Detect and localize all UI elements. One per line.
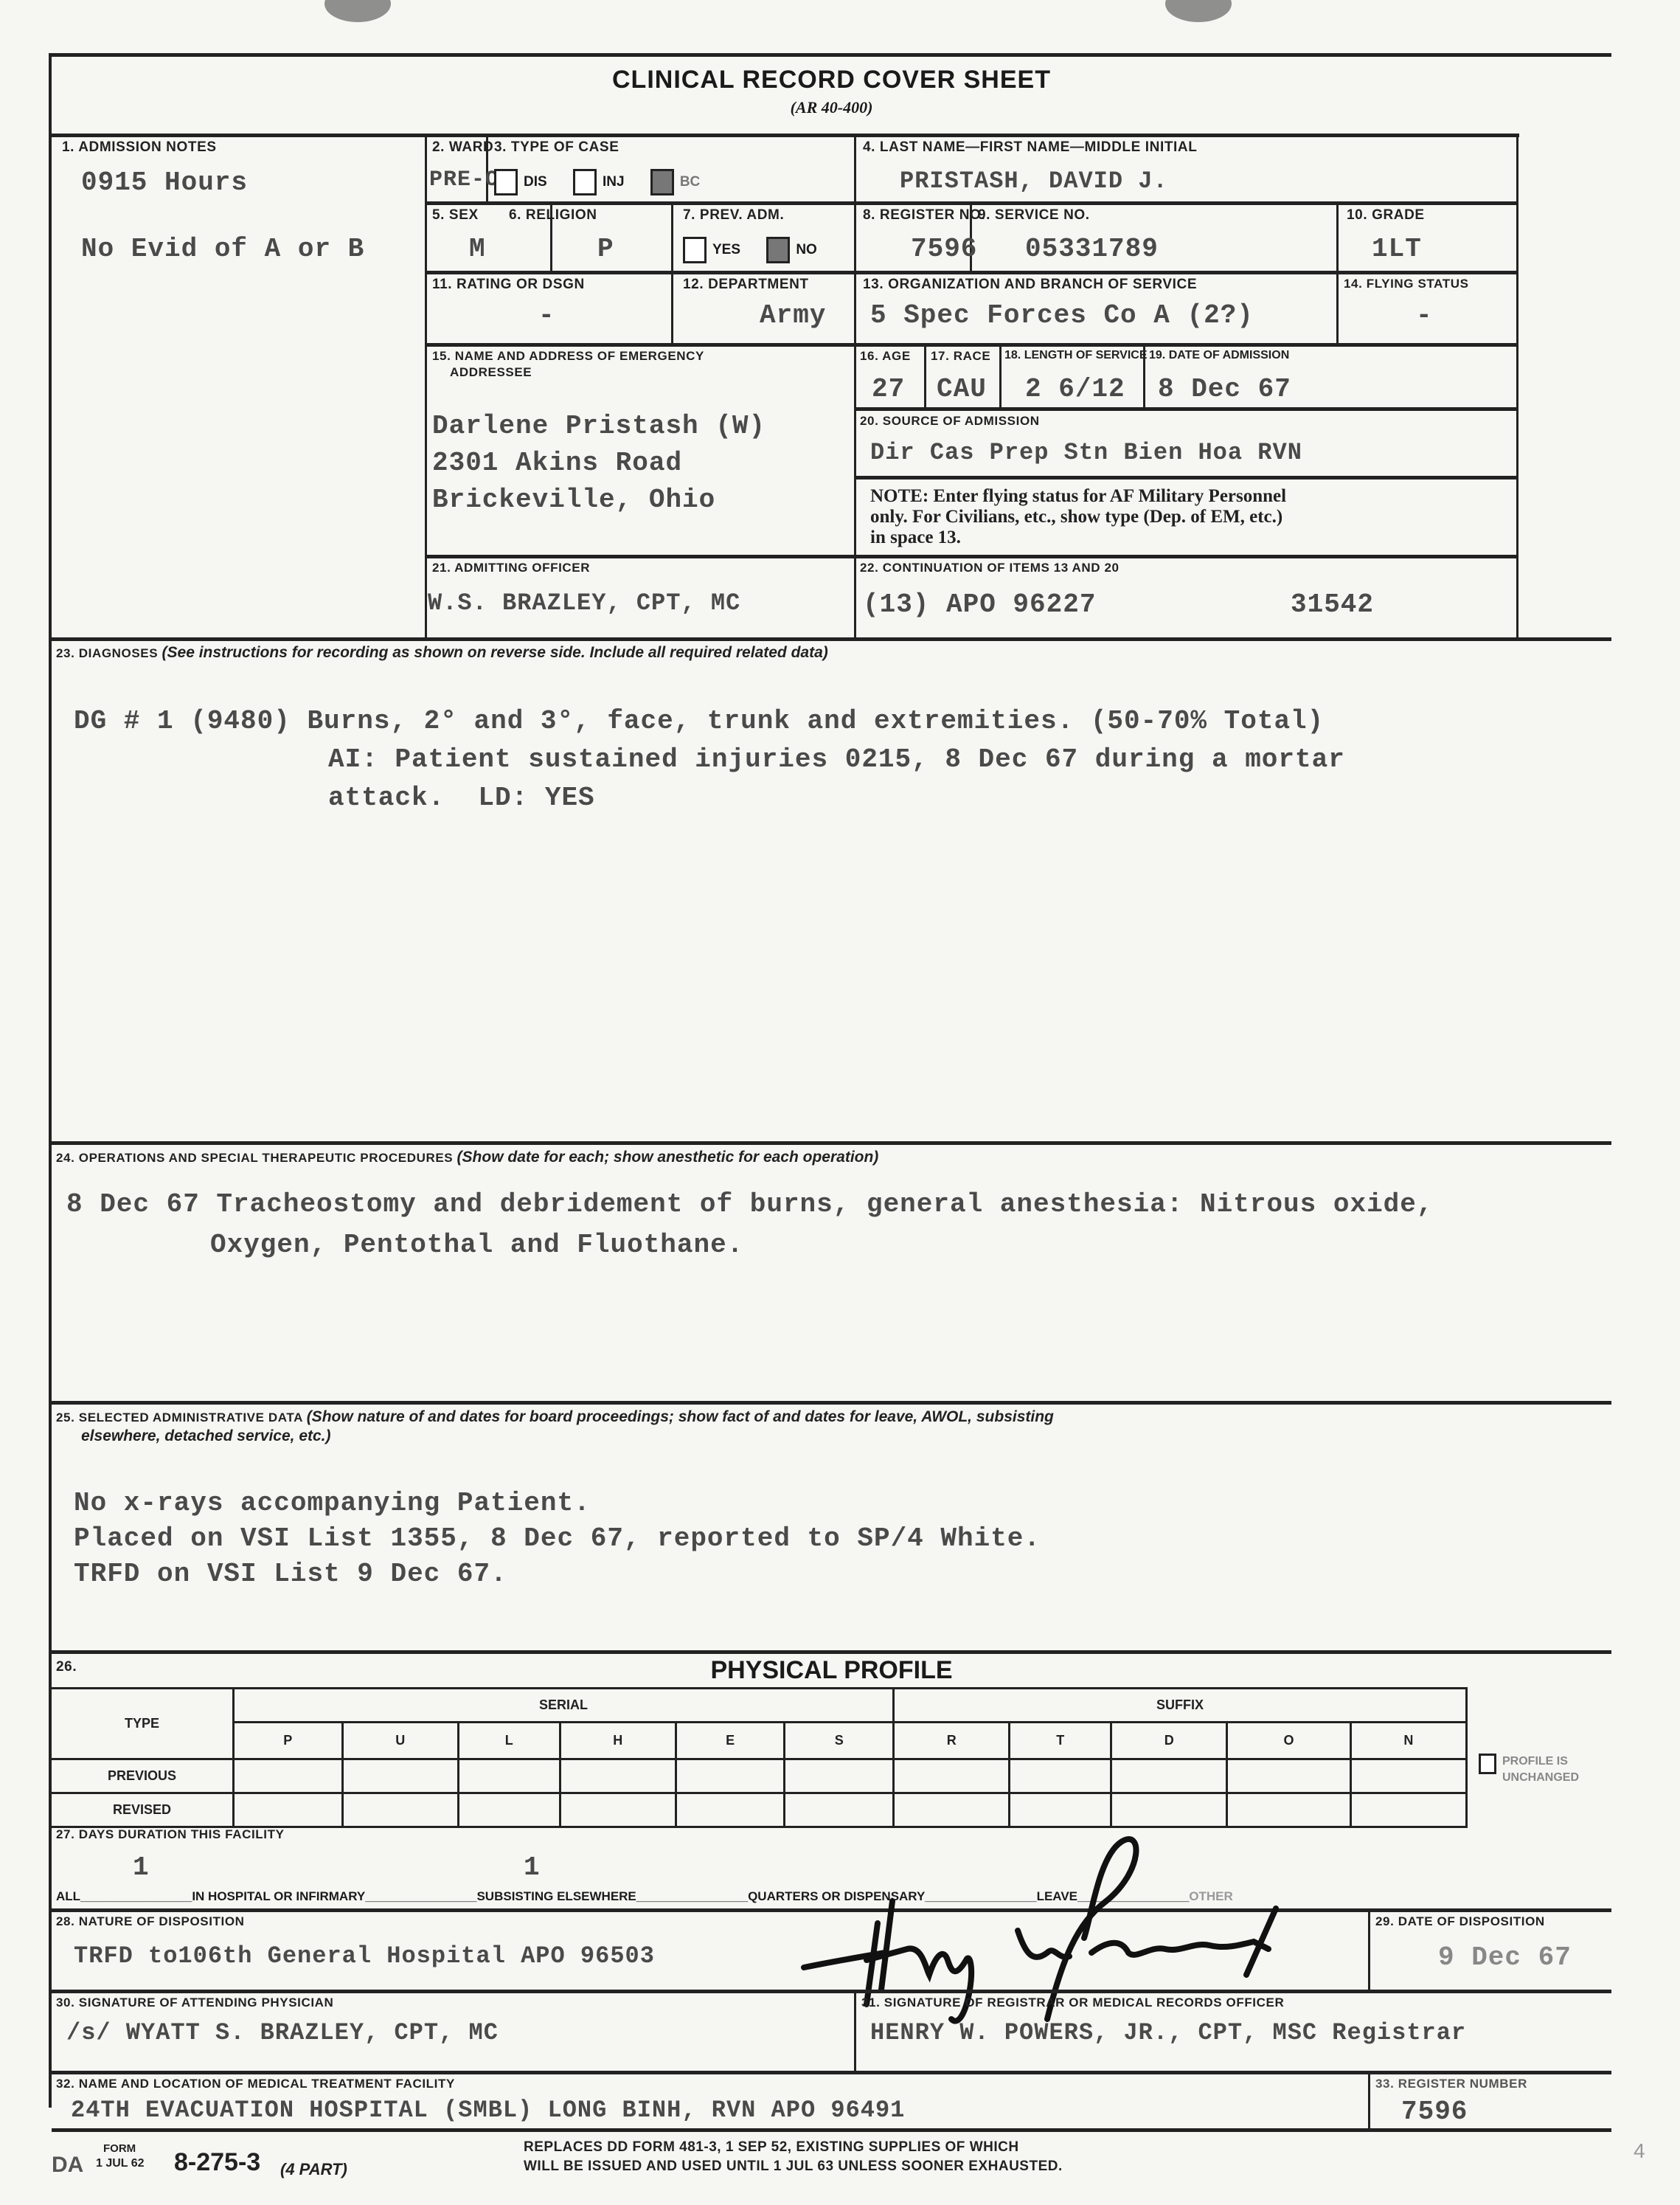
clinical-record-form: CLINICAL RECORD COVER SHEET (AR 40-400) … [49, 53, 1611, 2108]
disposition-value[interactable]: TRFD to106th General Hospital APO 96503 [74, 1942, 655, 1970]
admin-line1[interactable]: No x-rays accompanying Patient. [74, 1488, 591, 1518]
divider [425, 271, 1518, 274]
divider [1516, 134, 1518, 639]
no-checkbox-checked[interactable] [766, 237, 790, 263]
type-bc-option[interactable]: BC [650, 174, 700, 190]
document-page: CLINICAL RECORD COVER SHEET (AR 40-400) … [0, 0, 1680, 2205]
operations-label: 24. OPERATIONS AND SPECIAL THERAPEUTIC P… [56, 1149, 878, 1166]
divider [671, 201, 673, 343]
profile-cell[interactable] [1227, 1759, 1350, 1793]
flying-status-note: NOTE: Enter flying status for AF Militar… [870, 486, 1286, 548]
admission-notes-label: 1. ADMISSION NOTES [62, 139, 217, 156]
length-of-service-value[interactable]: 2 6/12 [1025, 374, 1125, 404]
column-e: E [676, 1723, 785, 1759]
registrar-value[interactable]: HENRY W. POWERS, JR., CPT, MSC Registrar [870, 2019, 1466, 2046]
prev-adm-no[interactable]: NO [766, 242, 817, 257]
divider [425, 555, 1518, 558]
profile-unchanged-option[interactable]: PROFILE IS UNCHANGED [1479, 1754, 1611, 1786]
profile-cell[interactable] [785, 1759, 894, 1793]
admin-data-label-2: elsewhere, detached service, etc.) [81, 1427, 331, 1445]
register-number-label: 33. REGISTER NUMBER [1375, 2077, 1527, 2091]
admitting-officer-value[interactable]: W.S. BRAZLEY, CPT, MC [428, 589, 740, 617]
physical-profile-title: PHYSICAL PROFILE [52, 1656, 1611, 1685]
column-n: N [1350, 1723, 1466, 1759]
footer-da: DA [52, 2153, 83, 2178]
name-value[interactable]: PRISTASH, DAVID J. [900, 167, 1168, 195]
divider [425, 343, 1518, 347]
profile-cell[interactable] [560, 1759, 676, 1793]
source-of-admission-value[interactable]: Dir Cas Prep Stn Bien Hoa RVN [870, 439, 1302, 466]
register-number-value[interactable]: 7596 [1401, 2097, 1468, 2127]
divider [999, 343, 1002, 407]
type-of-case-label: 3. TYPE OF CASE [494, 139, 619, 156]
form-subtitle: (AR 40-400) [52, 98, 1611, 117]
diagnosis-line3[interactable]: attack. LD: YES [328, 783, 595, 813]
type-header: TYPE [52, 1689, 234, 1759]
footer-replaces-line2: WILL BE ISSUED AND USED UNTIL 1 JUL 63 U… [524, 2159, 1063, 2175]
diagnosis-line2[interactable]: AI: Patient sustained injuries 0215, 8 D… [328, 744, 1345, 775]
attending-physician-label: 30. SIGNATURE OF ATTENDING PHYSICIAN [56, 1995, 333, 2010]
divider [52, 134, 1519, 137]
yes-checkbox[interactable] [683, 237, 707, 263]
continuation-value[interactable]: (13) APO 96227 [863, 589, 1096, 620]
registrar-label: 31. SIGNATURE OF REGISTRAR OR MEDICAL RE… [861, 1995, 1284, 2010]
profile-cell[interactable] [1010, 1759, 1111, 1793]
divider [52, 637, 1611, 641]
profile-cell[interactable] [458, 1793, 560, 1827]
sex-label: 5. SEX [432, 207, 479, 224]
attending-physician-value[interactable]: /s/ WYATT S. BRAZLEY, CPT, MC [66, 2019, 499, 2046]
divider [854, 134, 856, 639]
flying-status-label: 14. FLYING STATUS [1344, 277, 1469, 291]
form-title: CLINICAL RECORD COVER SHEET [52, 66, 1611, 94]
divider [1336, 201, 1339, 343]
prev-adm-yes[interactable]: YES [683, 242, 740, 257]
row-label-revised: REVISED [52, 1793, 234, 1827]
organization-value[interactable]: 5 Spec Forces Co A (2?) [870, 300, 1254, 330]
column-o: O [1227, 1723, 1350, 1759]
religion-value[interactable]: P [597, 234, 614, 264]
continuation-label: 22. CONTINUATION OF ITEMS 13 AND 20 [860, 561, 1120, 575]
punch-hole [1165, 0, 1232, 22]
column-r: R [894, 1723, 1010, 1759]
admin-line3[interactable]: TRFD on VSI List 9 Dec 67. [74, 1559, 507, 1589]
grade-label: 10. GRADE [1347, 207, 1425, 224]
days-all-value[interactable]: 1 [133, 1852, 150, 1883]
divider [52, 1141, 1611, 1145]
department-label: 12. DEPARTMENT [683, 277, 809, 293]
divider [52, 1650, 1611, 1654]
footer-replaces-line1: REPLACES DD FORM 481-3, 1 SEP 52, EXISTI… [524, 2139, 1019, 2156]
days-hospital-value[interactable]: 1 [524, 1852, 541, 1883]
length-of-service-label: 18. LENGTH OF SERVICE [1004, 349, 1148, 362]
suffix-header: SUFFIX [894, 1689, 1467, 1723]
bc-checkbox-checked[interactable] [650, 169, 674, 195]
profile-cell[interactable] [458, 1759, 560, 1793]
physical-profile-table: TYPE SERIAL SUFFIX P U L H E S R T D O N… [52, 1687, 1468, 1828]
column-s: S [785, 1723, 894, 1759]
divider [924, 343, 926, 407]
divider [52, 1401, 1611, 1405]
divider [854, 1990, 856, 2072]
service-no-value[interactable]: 05331789 [1025, 234, 1159, 264]
profile-cell[interactable] [894, 1759, 1010, 1793]
ward-label: 2. WARD [432, 139, 493, 156]
emergency-label-2: ADDRESSEE [450, 365, 532, 380]
rating-label: 11. RATING OR DSGN [432, 277, 585, 293]
profile-cell[interactable] [342, 1793, 458, 1827]
divider [1368, 2071, 1370, 2130]
punch-hole [324, 0, 391, 22]
profile-row-previous: PREVIOUS [52, 1759, 1467, 1793]
race-value[interactable]: CAU [937, 374, 987, 404]
divider [52, 2071, 1611, 2074]
admin-line2[interactable]: Placed on VSI List 1355, 8 Dec 67, repor… [74, 1523, 1041, 1554]
dis-checkbox[interactable] [494, 169, 518, 195]
grade-value[interactable]: 1LT [1372, 234, 1422, 264]
divider [854, 407, 1518, 411]
continuation-value-2[interactable]: 31542 [1291, 589, 1374, 620]
date-of-admission-value[interactable]: 8 Dec 67 [1158, 374, 1291, 404]
religion-label: 6. RELIGION [509, 207, 597, 224]
profile-cell[interactable] [676, 1759, 785, 1793]
department-value[interactable]: Army [760, 300, 826, 330]
date-of-admission-label: 19. DATE OF ADMISSION [1149, 349, 1289, 362]
rating-value[interactable]: - [538, 300, 555, 330]
service-no-label: 9. SERVICE NO. [978, 207, 1090, 224]
footer-form-date: 1 JUL 62 [96, 2157, 145, 2170]
admitting-officer-label: 21. ADMITTING OFFICER [432, 561, 590, 575]
date-of-disposition-value[interactable]: 9 Dec 67 [1438, 1942, 1572, 1973]
divider [854, 476, 1518, 480]
flying-status-value[interactable]: - [1416, 300, 1433, 330]
footer-form-number: 8-275-3 [174, 2148, 260, 2177]
emergency-line2[interactable]: 2301 Akins Road [432, 448, 682, 478]
profile-unchanged-checkbox[interactable] [1479, 1754, 1496, 1774]
footer-parts: (4 PART) [280, 2160, 347, 2179]
disposition-label: 28. NATURE OF DISPOSITION [56, 1914, 245, 1929]
divider [52, 2128, 1611, 2132]
facility-value[interactable]: 24TH EVACUATION HOSPITAL (SMBL) LONG BIN… [71, 2097, 905, 2124]
profile-cell[interactable] [560, 1793, 676, 1827]
type-of-case-options: DIS INJ BC [494, 169, 700, 195]
emergency-line1[interactable]: Darlene Pristash (W) [432, 411, 766, 441]
type-dis-option[interactable]: DIS [494, 174, 547, 190]
register-no-label: 8. REGISTER NO. [863, 207, 985, 224]
name-label: 4. LAST NAME—FIRST NAME—MIDDLE INITIAL [863, 139, 1197, 156]
divider [425, 134, 427, 639]
profile-cell[interactable] [234, 1793, 343, 1827]
serial-header: SERIAL [234, 1689, 894, 1723]
admission-notes-line1[interactable]: 0915 Hours [81, 167, 248, 198]
column-u: U [342, 1723, 458, 1759]
profile-cell[interactable] [234, 1759, 343, 1793]
divider [52, 1990, 1611, 1993]
prev-adm-label: 7. PREV. ADM. [683, 207, 784, 224]
operations-line1[interactable]: 8 Dec 67 Tracheostomy and debridement of… [66, 1189, 1434, 1219]
column-p: P [234, 1723, 343, 1759]
row-label-previous: PREVIOUS [52, 1759, 234, 1793]
inj-checkbox[interactable] [573, 169, 597, 195]
profile-cell[interactable] [1350, 1759, 1466, 1793]
footer-form-label: FORM [103, 2142, 136, 2155]
operations-line2[interactable]: Oxygen, Pentothal and Fluothane. [210, 1230, 743, 1260]
type-inj-option[interactable]: INJ [573, 174, 625, 190]
emergency-line3[interactable]: Brickeville, Ohio [432, 485, 715, 515]
column-h: H [560, 1723, 676, 1759]
profile-cell[interactable] [1111, 1759, 1227, 1793]
date-of-disposition-label: 29. DATE OF DISPOSITION [1375, 1914, 1545, 1929]
profile-cell[interactable] [676, 1793, 785, 1827]
register-no-value[interactable]: 7596 [911, 234, 977, 264]
page-number: 4 [1634, 2139, 1645, 2163]
column-l: L [458, 1723, 560, 1759]
column-d: D [1111, 1723, 1227, 1759]
source-of-admission-label: 20. SOURCE OF ADMISSION [860, 414, 1040, 429]
column-t: T [1010, 1723, 1111, 1759]
sex-value[interactable]: M [469, 234, 486, 264]
race-label: 17. RACE [931, 349, 990, 364]
admission-notes-line2[interactable]: No Evid of A or B [81, 234, 364, 264]
prev-adm-options: YES NO [683, 237, 817, 263]
diagnosis-line1[interactable]: DG # 1 (9480) Burns, 2° and 3°, face, tr… [74, 706, 1324, 736]
facility-label: 32. NAME AND LOCATION OF MEDICAL TREATME… [56, 2077, 455, 2091]
days-duration-label: 27. DAYS DURATION THIS FACILITY [56, 1827, 285, 1842]
organization-label: 13. ORGANIZATION AND BRANCH OF SERVICE [863, 277, 1197, 293]
profile-cell[interactable] [342, 1759, 458, 1793]
admin-data-label: 25. SELECTED ADMINISTRATIVE DATA (Show n… [56, 1408, 1054, 1426]
diagnoses-label: 23. DIAGNOSES (See instructions for reco… [56, 644, 828, 662]
emergency-label: 15. NAME AND ADDRESS OF EMERGENCY [432, 349, 704, 364]
age-value[interactable]: 27 [872, 374, 905, 404]
age-label: 16. AGE [860, 349, 911, 364]
